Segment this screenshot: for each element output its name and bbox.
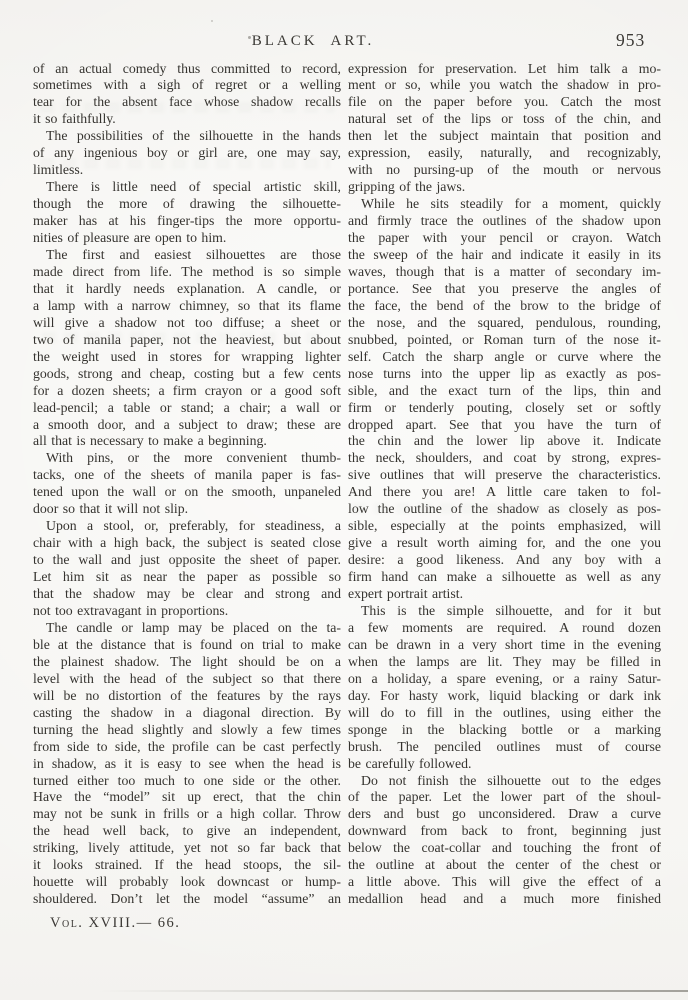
text-line: then let the subject maintain that posit… — [348, 128, 661, 145]
text-line: ders and bust go unconsidered. Draw a cu… — [348, 806, 661, 823]
text-column-right: expression for preservation. Let him tal… — [348, 61, 661, 909]
text-line: the paper with your pencil or crayon. Wa… — [348, 230, 661, 247]
scan-bleedthrough-smudge — [40, 158, 330, 169]
text-line: With pins, or the more convenient thumb- — [33, 450, 341, 467]
text-line: will be no distortion of the features by… — [33, 688, 341, 705]
text-line: sive outlines that will preserve the cha… — [348, 467, 661, 484]
text-line: day. For hasty work, liquid blacking or … — [348, 688, 661, 705]
text-line: in shadow, as it is easy to see when the… — [33, 756, 341, 773]
scan-speck — [211, 20, 213, 22]
text-line: sponge in the blacking bottle or a marki… — [348, 722, 661, 739]
text-line: There is little need of special artistic… — [33, 179, 341, 196]
text-line: not too extravagant in proportions. — [33, 603, 341, 620]
text-line: nities of pleasure are open to him. — [33, 230, 341, 247]
text-line: tened upon the wall or on the smooth, un… — [33, 484, 341, 501]
text-line: nose turns into the upper lip as exactly… — [348, 366, 661, 383]
text-line: the face, the bend of the brow to the br… — [348, 298, 661, 315]
text-line: expression, easily, naturally, and recog… — [348, 145, 661, 162]
text-line: turning the head slightly and slowly a f… — [33, 722, 341, 739]
text-line: self. Catch the sharp angle or curve whe… — [348, 349, 661, 366]
scan-speck — [248, 36, 251, 39]
scan-bleedthrough-smudge — [352, 503, 652, 514]
scan-bleedthrough-smudge — [40, 102, 335, 113]
text-line: level with the head of the subject so th… — [33, 671, 341, 688]
text-line: the plainest shadow. The light should be… — [33, 654, 341, 671]
text-line: though the more of drawing the silhouett… — [33, 196, 341, 213]
text-line: While he sits steadily for a moment, qui… — [348, 196, 661, 213]
text-line: goods, strong and cheap, costing but a f… — [33, 366, 341, 383]
text-line: striking, lively attitude, yet not so fa… — [33, 840, 341, 857]
text-line: Upon a stool, or, preferably, for steadi… — [33, 518, 341, 535]
text-line: natural set of the lips or toss of the c… — [348, 111, 661, 128]
text-line: lead-pencil; a table or stand; a chair; … — [33, 400, 341, 417]
text-line: the outline at about the center of the c… — [348, 857, 661, 874]
text-line: sible, and the exact turn of the lips, t… — [348, 383, 661, 400]
text-line: of the paper. Let the lower part of the … — [348, 789, 661, 806]
text-line: to the wall and just opposite the sheet … — [33, 552, 341, 569]
text-line: Do not finish the silhouette out to the … — [348, 773, 661, 790]
text-line: desire: a good likeness. And any boy wit… — [348, 552, 661, 569]
text-line: ment or so, while you watch the shadow i… — [348, 77, 661, 94]
text-line: the head well back, to give an independe… — [33, 823, 341, 840]
text-line: ble at the distance that is found on tri… — [33, 637, 341, 654]
text-line: dropped apart. See that you have the tur… — [348, 417, 661, 434]
text-line: the nose, and the squared, pendulous, ro… — [348, 315, 661, 332]
text-line: turned either too much to one side or th… — [33, 773, 341, 790]
text-line: a lamp with a narrow chimney, so that it… — [33, 298, 341, 315]
scanned-page: BLACK ART. 953 of an actual comedy thus … — [0, 0, 688, 1000]
text-line: all that is necessary to make a beginnin… — [33, 433, 341, 450]
text-line: houette will probably look downcast or h… — [33, 874, 341, 891]
text-line: chair with a high back, the subject is s… — [33, 535, 341, 552]
text-line: from side to side, the profile can be ca… — [33, 739, 341, 756]
text-line: a few moments are required. A round doze… — [348, 620, 661, 637]
text-line: the sweep of the hair and indicate it ea… — [348, 247, 661, 264]
text-line: it looks strained. If the head stoops, t… — [33, 857, 341, 874]
text-line: the weight used in stores for wrapping l… — [33, 349, 341, 366]
page-number: 953 — [616, 30, 645, 51]
text-line: And there you are! A little care taken t… — [348, 484, 661, 501]
text-line: waves, though that is a matter of second… — [348, 264, 661, 281]
text-line: can be drawn in a very short time in the… — [348, 637, 661, 654]
text-line: the chin and the lower lip above it. Ind… — [348, 433, 661, 450]
text-line: will give a shadow not too diffuse; a sh… — [33, 315, 341, 332]
text-line: maker has at his finger-tips the more op… — [33, 213, 341, 230]
text-line: medallion head and a much more finished — [348, 891, 661, 908]
running-head-title: BLACK ART. — [252, 33, 375, 50]
text-line: on a holiday, a spare evening, or a rain… — [348, 671, 661, 688]
text-line: for a dozen sheets; a firm crayon or a g… — [33, 383, 341, 400]
text-line: door so that it will not slip. — [33, 501, 341, 518]
text-line: Let him sit as near the paper as possibl… — [33, 569, 341, 586]
text-line: of an actual comedy thus committed to re… — [33, 61, 341, 78]
text-line: This is the simple silhouette, and for i… — [348, 603, 661, 620]
text-line: file on the paper before you. Catch the … — [348, 94, 661, 111]
text-line: portance. See that you preserve the angl… — [348, 281, 661, 298]
text-line: and firmly trace the outlines of the sha… — [348, 213, 661, 230]
text-line: The first and easiest silhouettes are th… — [33, 247, 341, 264]
text-line: Have the “model” sit up erect, that the … — [33, 789, 341, 806]
text-line: it so faithfully. — [33, 111, 341, 128]
text-line: expert portrait artist. — [348, 586, 661, 603]
text-line: tacks, one of the sheets of manila paper… — [33, 467, 341, 484]
scan-edge-line — [98, 990, 688, 992]
text-line: when the lamps are lit. They may be fill… — [348, 654, 661, 671]
text-line: The possibilities of the silhouette in t… — [33, 128, 341, 145]
text-line: firm or tenderly pouting, closely set or… — [348, 400, 661, 417]
text-line: The candle or lamp may be placed on the … — [33, 620, 341, 637]
text-line: sible, especially at the points emphasiz… — [348, 518, 661, 535]
text-line: be carefully followed. — [348, 756, 661, 773]
text-line: snubbed, pointed, or Roman turn of the n… — [348, 332, 661, 349]
text-column-left: of an actual comedy thus committed to re… — [33, 61, 341, 909]
text-line: below the coat-collar and touching the f… — [348, 840, 661, 857]
text-line: that it hardly needs explanation. A cand… — [33, 281, 341, 298]
volume-footline: Vol. XVIII.— 66. — [50, 915, 180, 932]
text-line: brush. The penciled outlines must of cou… — [348, 739, 661, 756]
text-line: made direct from life. The method is so … — [33, 264, 341, 281]
text-line: downward from back to front, beginning j… — [348, 823, 661, 840]
scan-bleedthrough-smudge — [42, 332, 327, 343]
text-line: may not be sunk in frills or a high coll… — [33, 806, 341, 823]
text-line: with no pursing-up of the mouth or nervo… — [348, 162, 661, 179]
text-line: casting the shadow in a diagonal directi… — [33, 705, 341, 722]
text-line: will do to fill in the outlines, using e… — [348, 705, 661, 722]
text-line: give a result worth aiming for, and the … — [348, 535, 661, 552]
text-line: the neck, shoulders, and coat by strong,… — [348, 450, 661, 467]
text-line: that the shadow may be clear and strong … — [33, 586, 341, 603]
text-line: a smooth door, and a subject to draw; th… — [33, 417, 341, 434]
text-line: expression for preservation. Let him tal… — [348, 61, 661, 78]
text-line: sometimes with a sigh of regret or a wel… — [33, 77, 341, 94]
text-line: shouldered. Don’t let the model “assume”… — [33, 891, 341, 908]
text-line: a little above. This will give the effec… — [348, 874, 661, 891]
text-line: firm hand can make a silhouette as well … — [348, 569, 661, 586]
text-line: gripping of the jaws. — [348, 179, 661, 196]
